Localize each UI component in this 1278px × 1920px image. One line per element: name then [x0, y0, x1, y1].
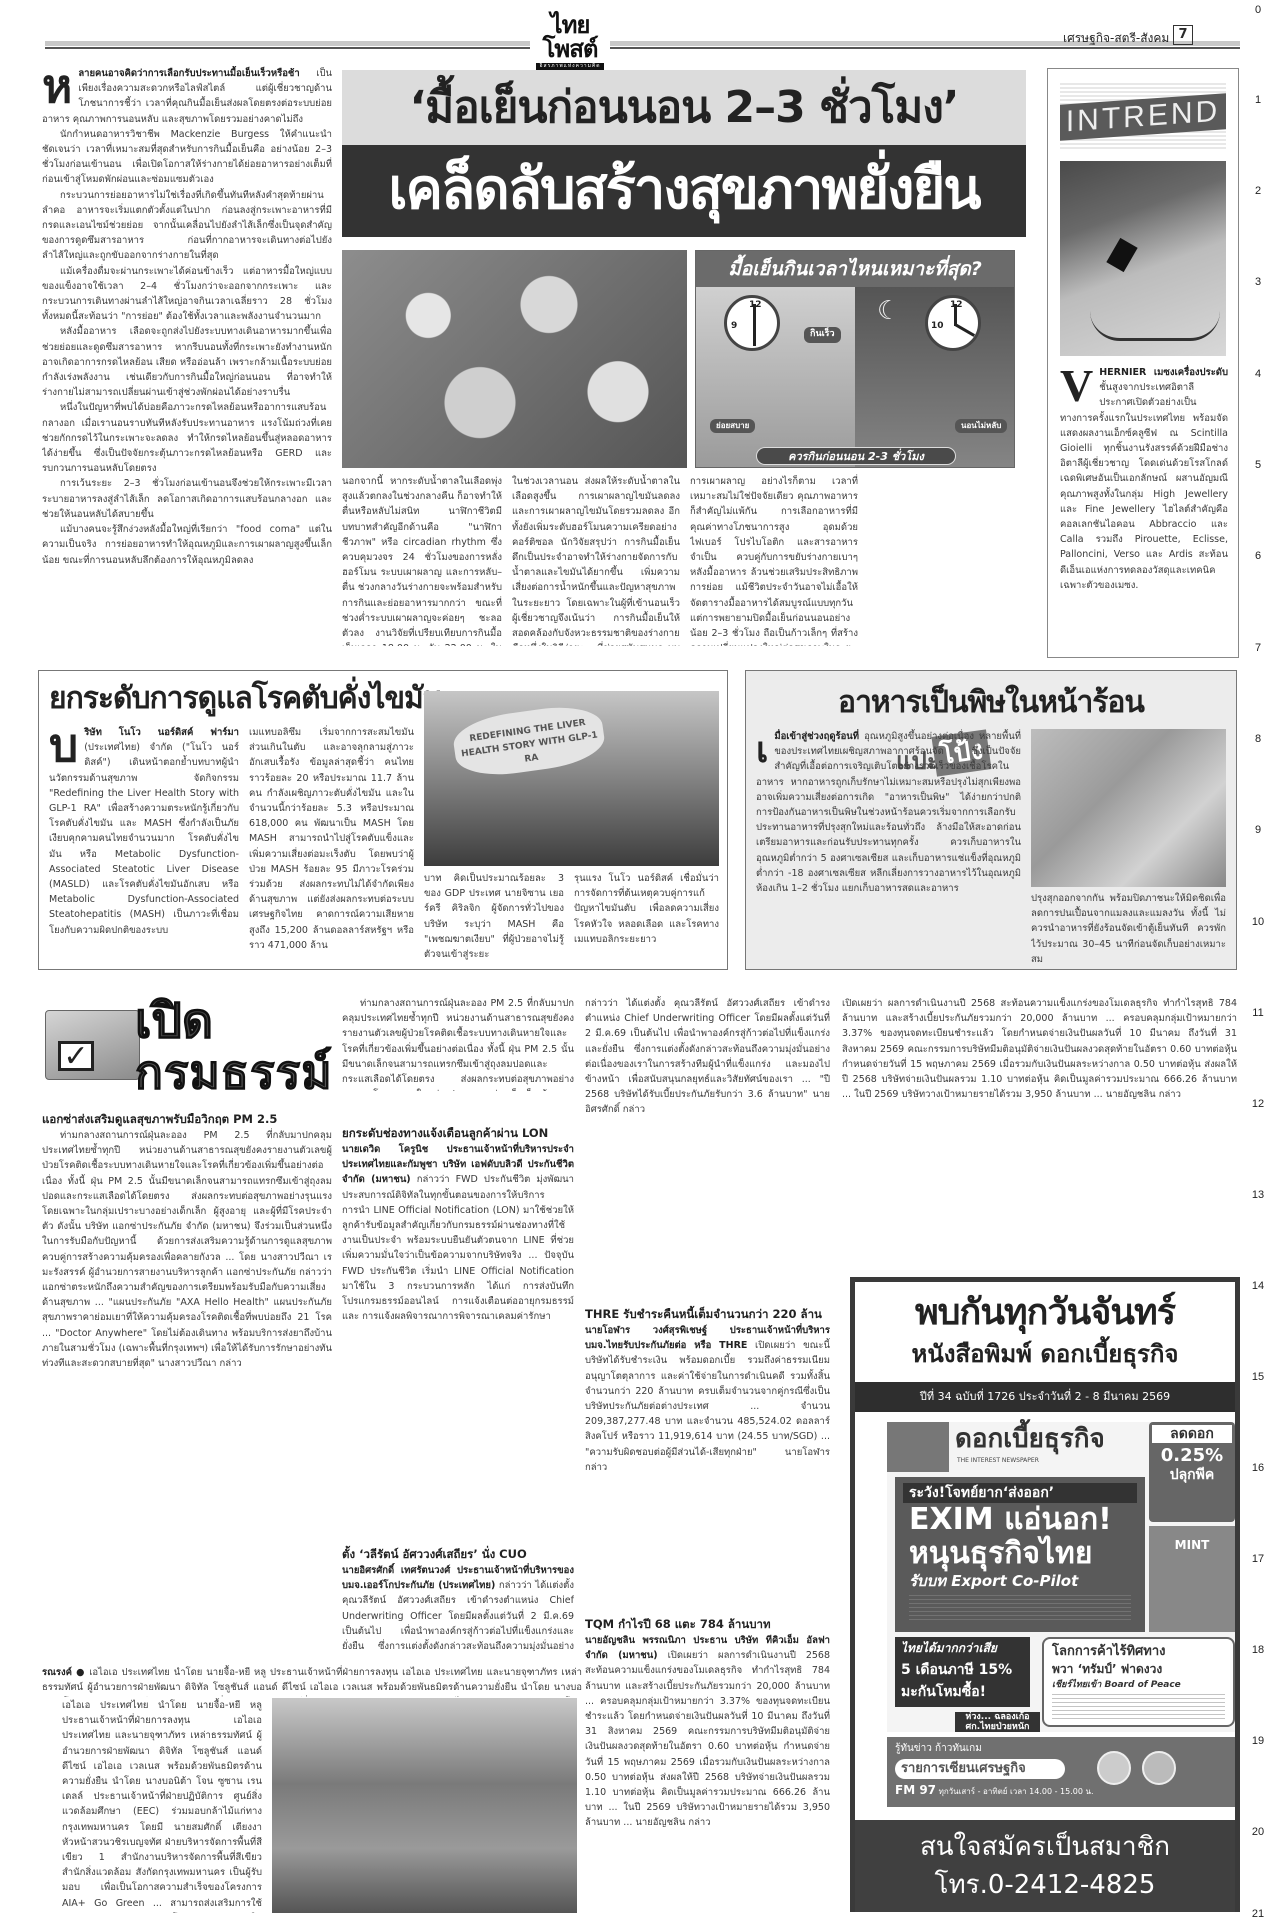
news-item-title: ยกระดับช่องทางแจ้งเตือนลูกค้าผ่าน LON: [342, 1124, 574, 1142]
lead-story-col1: ห ลายคนอาจคิดว่าการเลือกรับประทานมื้อเย็…: [42, 66, 332, 662]
perd-kromtham-logo: ✓ เปิด กรมธรรม์: [40, 995, 325, 1100]
clock-hand: [955, 323, 976, 337]
news-item-title: แอกซ่าส่งเสริมดูแลสุขภาพรับมือวิกฤต PM 2…: [42, 1110, 332, 1128]
rate-cut-box: ลดดอก 0.25% ปลุกพีค: [1149, 1422, 1235, 1522]
story-line: มะกันโหมซื้อ!: [901, 1681, 1030, 1703]
food-headline: อาหารเป็นพิษในหน้าร้อน: [746, 683, 1236, 723]
paragraph: การเว้นระยะ 2–3 ชั่วโมงก่อนเข้านอนจึงช่ว…: [42, 476, 332, 522]
newspaper-front-cover: ดอกเบี้ยธุรกิจ THE INTEREST NEWSPAPER ลด…: [887, 1422, 1235, 1732]
story-line: โลกการค้าไร้ทิศทาง: [1052, 1643, 1225, 1661]
news-item-body: นายเดวิด โครูนิช ประธานเจ้าหน้าที่บริหาร…: [342, 1142, 574, 1527]
rate-text: ปลุกพีค: [1149, 1466, 1235, 1484]
logo-wordmark: ไทยโพสต์: [530, 14, 610, 62]
easy-digestion-label: ย่อยสบาย: [710, 419, 755, 433]
caption-text: เอไอเอ ประเทศไทย นำโดย นายจื้อ-หยี หลู ป…: [42, 1667, 582, 1697]
paragraph: หลังมื้ออาหาร เลือดจะถูกส่งไปยังระบบทางเ…: [42, 324, 332, 400]
logo-tagline: อิสรภาพแห่งความคิด: [536, 63, 604, 70]
ruler-mark: 0: [1244, 2, 1272, 19]
ruler-mark: 10: [1244, 914, 1272, 931]
food-body: อุณหภูมิสูงขึ้นอย่างต่อเนื่อง หลายพื้นที…: [756, 731, 1021, 894]
checkbox-icon: ✓: [58, 1041, 94, 1071]
paper-tagline: THE INTEREST NEWSPAPER: [957, 1456, 1039, 1465]
ruler-mark: 20: [1244, 1824, 1272, 1841]
liver-headline: ยกระดับการดูแลโรคตับคั่งไขมัน: [49, 679, 442, 719]
news-item-body: ท่ามกลางสถานการณ์ฝุ่นละออง PM 2.5 ที่กลั…: [42, 1128, 332, 1648]
ruler-mark: 13: [1244, 1187, 1272, 1204]
dinner-time-infographic: มื้อเย็นกินเวลาไหนเหมาะที่สุด? 12 9 กินเ…: [695, 250, 1015, 468]
infographic-early-panel: 12 9 กินเร็ว ย่อยสบาย: [696, 287, 855, 468]
eat-early-label: กินเร็ว: [804, 327, 841, 343]
intrend-title: INTREND: [1060, 93, 1226, 141]
necklace-shape: [1090, 311, 1220, 341]
rate-text: 0.25%: [1149, 1446, 1235, 1466]
ruler-mark: 9: [1244, 822, 1272, 839]
infographic-footer: ควรกินก่อนนอน 2-3 ชั่วโมง: [756, 447, 956, 465]
news-item-title: TQM กำไรปี 68 แตะ 784 ล้านบาท: [585, 1615, 830, 1633]
news-item-body: นายอัญชลิน พรรณนิภา ประธาน บริษัท ทีคิวเ…: [585, 1633, 830, 1913]
jewellery-photo: [1060, 161, 1226, 356]
story-line: 5 เดือนภาษี 15%: [901, 1659, 1030, 1681]
subscribe-text: สนใจสมัครเป็นสมาชิก: [855, 1828, 1235, 1866]
advert-issue-bar: ปีที่ 34 ฉบับที่ 1726 ประจำวันที่ 2 - 8 …: [855, 1382, 1235, 1412]
news-item-text: เปิดเผยว่า ผลการดำเนินงานปี 2568 สะท้อนค…: [585, 1650, 830, 1828]
ruler-mark: 5: [1244, 457, 1272, 474]
liver-col2: เมแทบอลิซึม เริ่มจากการสะสมไขมันส่วนเกิน…: [249, 725, 414, 965]
dropcap: ห: [42, 68, 72, 106]
advert-headline: พบกันทุกวันจันทร์: [855, 1290, 1235, 1336]
side-promo: MINT: [1149, 1526, 1235, 1632]
story-line: ไทยได้มากกว่าเสีย: [901, 1637, 1030, 1659]
news-item-title: THRE รับชำระคืนหนี้เต็มจำนวนกว่า 220 ล้า…: [585, 1305, 830, 1323]
tree-planting-photo: [272, 1698, 577, 1913]
liver-col1: บ ริษัท โนโว นอร์ดิสค์ ฟาร์มา (ประเทศไทย…: [49, 725, 239, 965]
story-line: พวา ‘ทรัมป์’ ฟาดงวง: [1052, 1661, 1225, 1678]
intrend-text: V HERNIER เมซงเครื่องประดับ ชั้นสูงจากปร…: [1060, 365, 1228, 650]
food-poisoning-box: อาหารเป็นพิษในหน้าร้อน แปะ โป้ง เ มื่อเข…: [745, 670, 1237, 970]
insomnia-label: นอนไม่หลับ: [955, 419, 1007, 433]
paragraph: นักกำหนดอาหารวิชาชีพ Mackenzie Burgess ใ…: [42, 127, 332, 188]
intrend-banner: INTREND: [1060, 81, 1226, 149]
paragraph: แม้เครื่องดื่มจะผ่านกระเพาะได้ค่อนข้างเร…: [42, 264, 332, 325]
ruler-mark: 21: [1244, 1906, 1272, 1920]
liver-body: (ประเทศไทย) จำกัด ("โนโว นอร์ดิสค์") เดิ…: [49, 742, 239, 935]
story-line: ศก.ไทยป่วยหนัก: [955, 1722, 1040, 1732]
cover-body-lines: [909, 1595, 1131, 1623]
story-economy: ห่วง... ฉลองเก้อ ศก.ไทยป่วยหนัก: [955, 1712, 1040, 1732]
radio-kicker: รู้ทันข่าว ก้าวทันเกม: [887, 1737, 1235, 1757]
news-item-body: นายอิศรศักดิ์ เทศรัตนวงศ์ ประธานเจ้าหน้า…: [342, 1563, 574, 1651]
subscription-footer[interactable]: สนใจสมัครเป็นสมาชิก โทร.0-2412-4825: [855, 1820, 1235, 1912]
news-item-body: นายโอฬาร วงศ์สุรพิเชษฐ์ ประธานเจ้าหน้าที…: [585, 1323, 830, 1598]
food-col1: เ มื่อเข้าสู่ช่วงฤดูร้อนที่ อุณหภูมิสูงข…: [756, 729, 1021, 965]
food-lead: มื่อเข้าสู่ช่วงฤดูร้อนที่: [774, 731, 859, 742]
liver-col3: บาท คิดเป็นประมาณร้อยละ 3 ของ GDP ประเทศ…: [424, 871, 564, 961]
lead-intro: ลายคนอาจคิดว่าการเลือกรับประทานมื้อเย็นเ…: [78, 68, 299, 79]
food-col2: ปรุงสุกออกจากกัน พร้อมปิดภาชนะให้มิดชิดเ…: [1031, 891, 1226, 965]
news-item-body: ท่ามกลางสถานการณ์ฝุ่นละออง PM 2.5 ที่กลั…: [342, 996, 574, 1091]
lead-headline-line2: เคล็ดลับสร้างสุขภาพยั่งยืน: [342, 145, 1026, 237]
cover-photo: [887, 1422, 949, 1472]
infographic-title: มื้อเย็นกินเวลาไหนเหมาะที่สุด?: [696, 251, 1014, 287]
news-item-text: เปิดเผยว่า ขณะนี้บริษัทได้รับชำระเงิน พร…: [585, 1340, 830, 1473]
news-item-ergo: ตั้ง ‘วลีรัตน์ อัศววงศ์เสถียร’ นั่ง CUO …: [342, 1545, 574, 1655]
news-item-tqm: TQM กำไรปี 68 แตะ 784 ล้านบาท นายอัญชลิน…: [585, 1615, 830, 1915]
lead-headline-line1: ‘มื้อเย็นก่อนนอน 2–3 ชั่วโมง’: [342, 70, 1026, 145]
ruler-mark: 4: [1244, 366, 1272, 383]
ruler-mark: 15: [1244, 1369, 1272, 1386]
news-item-title: ตั้ง ‘วลีรัตน์ อัศววงศ์เสถียร’ นั่ง CUO: [342, 1545, 574, 1563]
news-item-fwd: ยกระดับช่องทางแจ้งเตือนลูกค้าผ่าน LON นา…: [342, 1124, 574, 1534]
lead-story-col4: การเผาผลาญ อย่างไรก็ตาม เวลาที่เหมาะสมไม…: [690, 474, 858, 646]
folder-icon: ✓: [45, 1010, 140, 1080]
radio-program-name: รายการเซียนเศรษฐกิจ: [895, 1759, 1065, 1779]
stage-screen: REDEFINING THE LIVER HEALTH STORY WITH G…: [451, 701, 608, 781]
ruler-mark: 8: [1244, 731, 1272, 748]
host-avatar: [1142, 1751, 1176, 1785]
logo-text: กรมธรรม์: [135, 1047, 333, 1097]
story-line: เชียร์ไทยเข้า Board of Peace: [1052, 1678, 1225, 1692]
news-item-axa-cont: ท่ามกลางสถานการณ์ฝุ่นละออง PM 2.5 ที่กลั…: [342, 996, 574, 1091]
cover-kicker: ระวัง!โจทย์ยาก‘ส่งออก’: [903, 1483, 1137, 1503]
advert-subhead: หนังสือพิมพ์ ดอกเบี้ยธุรกิจ: [855, 1338, 1235, 1370]
cover-subhead: รับบท Export Co-Pilot: [895, 1571, 1145, 1591]
dropcap: V: [1060, 367, 1093, 405]
story-tariff: ไทยได้มากกว่าเสีย 5 เดือนภาษี 15% มะกันโ…: [895, 1637, 1030, 1707]
clock-icon: 12 9: [724, 295, 780, 351]
aia-caption-top: รณรงค์ ● เอไอเอ ประเทศไทย นำโดย นายจื้อ-…: [42, 1665, 582, 1697]
radio-frequency: FM 97: [895, 1783, 936, 1797]
clock-hand: [753, 324, 756, 346]
clock-hand: [753, 304, 756, 326]
cover-headline: EXIM แอ่นอก!: [895, 1503, 1145, 1537]
subscription-advert[interactable]: พบกันทุกวันจันทร์ หนังสือพิมพ์ ดอกเบี้ยธ…: [850, 1277, 1240, 1912]
cover-headline: หนุนธุรกิจไทย: [895, 1537, 1145, 1571]
stomach-ache-photo: [1031, 729, 1226, 887]
story-trade: โลกการค้าไร้ทิศทาง พวา ‘ทรัมป์’ ฟาดงวง เ…: [1042, 1637, 1235, 1727]
news-item-axa: แอกซ่าส่งเสริมดูแลสุขภาพรับมือวิกฤต PM 2…: [42, 1110, 332, 1655]
liver-lead: ริษัท โนโว นอร์ดิสค์ ฟาร์มา: [84, 727, 239, 738]
section-label: เศรษฐกิจ-สตรี-สังคม: [1063, 29, 1169, 48]
ruler-mark: 14: [1244, 1278, 1272, 1295]
intrend-lead: HERNIER เมซงเครื่องประดับ: [1099, 367, 1228, 378]
news-item-text: กล่าวว่า FWD ประกันชีวิต มุ่งพัฒนาประสบก…: [342, 1174, 574, 1322]
aia-caption-body: เอไอเอ ประเทศไทย นำโดย นายจื้อ-หยี หลู ป…: [62, 1698, 262, 1913]
clock-number: 10: [931, 320, 944, 334]
ruler-mark: 17: [1244, 1551, 1272, 1568]
story-line: ห่วง... ฉลองเก้อ: [955, 1712, 1040, 1722]
rate-text: ลดดอก: [1152, 1425, 1232, 1443]
dinner-table-photo: [342, 250, 687, 468]
subscribe-phone[interactable]: โทร.0-2412-4825: [855, 1866, 1235, 1904]
page-number: 7: [1173, 25, 1193, 45]
ruler-mark: 7: [1244, 640, 1272, 657]
news-item-ergo-cont: กล่าวว่า ได้แต่งตั้ง คุณวลีรัตน์ อัศววงศ…: [585, 996, 830, 1296]
paragraph: หนึ่งในปัญหาที่พบได้บ่อยคือภาวะกรดไหลย้อ…: [42, 400, 332, 476]
masthead-rule: [45, 47, 1240, 49]
liver-col4: รุนแรง โนโว นอร์ดิสค์ เชื่อมั่นว่า การจั…: [574, 871, 719, 961]
ruler-mark: 12: [1244, 1096, 1272, 1113]
moon-icon: ☾: [877, 291, 900, 331]
news-item-thre: THRE รับชำระคืนหนี้เต็มจำนวนกว่า 220 ล้า…: [585, 1305, 830, 1605]
intrend-column: INTREND V HERNIER เมซงเครื่องประดับ ชั้น…: [1047, 68, 1239, 658]
ruler-mark: 16: [1244, 1460, 1272, 1477]
dropcap: เ: [756, 731, 768, 769]
ruler-mark: 6: [1244, 548, 1272, 565]
news-item-tqm-cont: เปิดเผยว่า ผลการดำเนินงานปี 2568 สะท้อนค…: [842, 996, 1237, 1266]
story-body-lines: [1052, 1694, 1225, 1722]
logo-text: เปิด: [135, 995, 213, 1047]
host-avatar: [1097, 1751, 1131, 1785]
masthead-rule: [45, 41, 1240, 46]
clock-number: 9: [731, 320, 737, 334]
radio-program-banner: รู้ทันข่าว ก้าวทันเกม รายการเซียนเศรษฐกิ…: [887, 1737, 1235, 1807]
liver-story-box: ยกระดับการดูแลโรคตับคั่งไขมัน บ ริษัท โน…: [38, 670, 728, 970]
lead-story-col2: นอกจากนี้ หากระดับน้ำตาลในเลือดพุ่งสูงแล…: [342, 474, 502, 646]
ruler-mark: 11: [1244, 1005, 1272, 1022]
ruler-mark: 3: [1244, 274, 1272, 291]
event-stage-photo: REDEFINING THE LIVER HEALTH STORY WITH G…: [424, 691, 719, 866]
radio-time: ทุกวันเสาร์ - อาทิตย์ เวลา 14.00 - 15.00…: [939, 1787, 1094, 1796]
intrend-body: ชั้นสูงจากประเทศอิตาลี ประกาศเปิดตัวอย่า…: [1060, 382, 1228, 591]
caption-lead: รณรงค์ ●: [42, 1667, 85, 1678]
dropcap: บ: [49, 727, 78, 765]
main-cover-story: ระวัง!โจทย์ยาก‘ส่งออก’ EXIM แอ่นอก! หนุน…: [895, 1477, 1145, 1632]
infographic-late-panel: 12 10 ☾ นอนไม่หลับ: [855, 287, 1014, 468]
newspaper-logo: ไทยโพสต์ อิสรภาพแห่งความคิด: [530, 14, 610, 50]
clock-icon: 12 10: [925, 295, 981, 351]
paper-name: ดอกเบี้ยธุรกิจ: [955, 1422, 1105, 1456]
ruler-mark: 18: [1244, 1642, 1272, 1659]
lead-story-col3: ในช่วงเวลานอน ส่งผลให้ระดับน้ำตาลในเลือด…: [512, 474, 680, 646]
earring-shape: [1106, 238, 1137, 272]
ruler-mark: 1: [1244, 92, 1272, 109]
paragraph: กระบวนการย่อยอาหารไม่ใช่เรื่องที่เกิดขึ้…: [42, 188, 332, 264]
ruler-mark: 19: [1244, 1733, 1272, 1750]
ruler-mark: 2: [1244, 183, 1272, 200]
paragraph: แม้บางคนจะรู้สึกง่วงหลังมื้อใหญ่ที่เรียก…: [42, 522, 332, 568]
